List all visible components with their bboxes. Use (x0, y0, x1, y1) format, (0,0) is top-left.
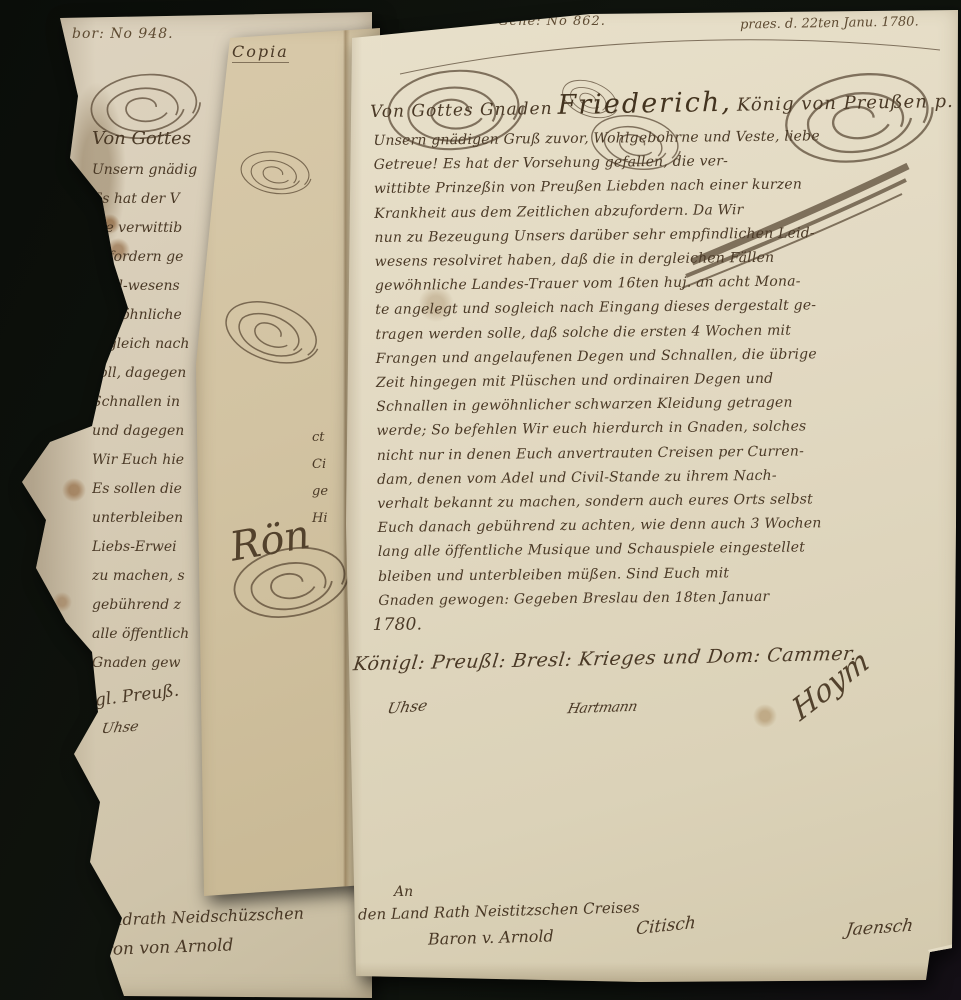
main-docket-number: Gene: No 862. (498, 14, 606, 29)
copy-edge-letter: ct (312, 424, 328, 451)
dog-ear-corner-fold (924, 942, 956, 982)
royal-heading: Von Gottes Gnaden Friederich, König von … (370, 83, 954, 124)
signature-uhse: Uhse (386, 696, 429, 717)
left-chamber-fragment: Königl. Preuß. (55, 681, 180, 716)
main-address-line: den Land Rath Neistitzschen Creises (358, 898, 640, 923)
main-address-an: An (394, 884, 413, 900)
left-docket-number: bor: No 948. (72, 26, 174, 42)
copy-edge-letter: Hi (312, 505, 328, 532)
countersignature-left: Citisch (635, 913, 696, 940)
copy-header: Copia (232, 42, 289, 63)
chamber-subscription: Königl: Preußl: Bresl: Krieges und Dom: … (352, 643, 859, 676)
left-address-line: Baron von Arnold (82, 935, 234, 960)
main-letter-sheet: Gene: No 862. praes. d. 22ten Janu. 1780… (340, 4, 960, 988)
countersignature-right: Jaensch (845, 916, 915, 941)
copy-edge-letter: Ci (312, 451, 328, 478)
signature-hartmann: Hartmann (566, 699, 639, 717)
heading-royal-title: König von Preußen p. (737, 91, 954, 116)
left-signature: Uhse (100, 719, 140, 737)
letter-body: Unsern gnädigen Gruß zuvor, Wohlgebohrne… (373, 123, 944, 637)
copy-edge-letter: ge (312, 478, 328, 505)
left-address-an: An (45, 884, 66, 902)
heading-prefix: Von Gottes Gnaden (370, 99, 553, 122)
main-address-line: Baron v. Arnold (428, 926, 554, 948)
copy-calligraphic-initial: Rön (227, 511, 314, 570)
copy-edge-letter-column: ct Ci ge Hi (312, 424, 328, 532)
main-letter-paper: Gene: No 862. praes. d. 22ten Janu. 1780… (340, 4, 960, 988)
presentation-note: praes. d. 22ten Janu. 1780. (740, 14, 919, 32)
photograph-of-documents: bor: No 948. Von Gottes Unsern gnädig Es… (0, 0, 961, 1000)
heading-royal-name: Friederich, (557, 87, 732, 121)
